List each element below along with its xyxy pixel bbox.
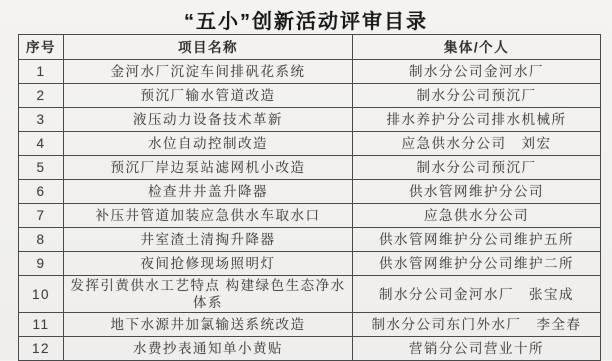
cell-project: 金河水厂沉淀车间排矾花系统 <box>64 60 353 84</box>
cell-owner: 排水养护分公司排水机械所 <box>353 108 601 132</box>
cell-no: 3 <box>19 108 64 132</box>
review-directory-table: 序号 项目名称 集体/个人 1 金河水厂沉淀车间排矾花系统 制水分公司金河水厂 … <box>18 34 601 360</box>
cell-owner: 应急供水分公司 <box>353 204 601 228</box>
cell-no: 4 <box>19 132 64 156</box>
cell-owner: 制水分公司金河水厂 <box>353 60 601 84</box>
table-row: 8 井室渣土清掏升降器 供水管网维护分公司维护五所 <box>19 228 601 252</box>
cell-no: 5 <box>19 156 64 180</box>
cell-owner: 供水管网维护分公司维护二所 <box>353 252 601 276</box>
table-header-row: 序号 项目名称 集体/个人 <box>19 35 601 60</box>
cell-project: 补压井管道加装应急供水车取水口 <box>64 204 353 228</box>
cell-no: 10 <box>19 276 64 313</box>
table-row: 9 夜间抢修现场照明灯 供水管网维护分公司维护二所 <box>19 252 601 276</box>
cell-project: 夜间抢修现场照明灯 <box>64 252 353 276</box>
cell-no: 11 <box>19 313 64 337</box>
cell-project: 水位自动控制改造 <box>64 132 353 156</box>
cell-no: 8 <box>19 228 64 252</box>
cell-owner: 供水管网维护分公司维护五所 <box>353 228 601 252</box>
header-cell-owner: 集体/个人 <box>353 35 601 60</box>
cell-project: 水费抄表通知单小黄贴 <box>64 337 353 361</box>
cell-project: 井室渣土清掏升降器 <box>64 228 353 252</box>
table-row: 6 检查井井盖升降器 供水管网维护分公司 <box>19 180 601 204</box>
cell-owner: 供水管网维护分公司 <box>353 180 601 204</box>
table-row: 12 水费抄表通知单小黄贴 营销分公司营业十所 <box>19 337 601 361</box>
cell-owner: 制水分公司金河水厂 张宝成 <box>353 276 601 313</box>
table-row: 11 地下水源井加氯输送系统改造 制水分公司东门外水厂 李全春 <box>19 313 601 337</box>
table-row: 1 金河水厂沉淀车间排矾花系统 制水分公司金河水厂 <box>19 60 601 84</box>
header-cell-project: 项目名称 <box>64 35 353 60</box>
cell-no: 9 <box>19 252 64 276</box>
cell-project: 预沉厂输水管道改造 <box>64 84 353 108</box>
cell-owner: 制水分公司预沉厂 <box>353 156 601 180</box>
cell-owner: 制水分公司东门外水厂 李全春 <box>353 313 601 337</box>
cell-project: 检查井井盖升降器 <box>64 180 353 204</box>
cell-owner: 应急供水分公司 刘宏 <box>353 132 601 156</box>
cell-owner: 制水分公司预沉厂 <box>353 84 601 108</box>
table-row: 3 液压动力设备技术革新 排水养护分公司排水机械所 <box>19 108 601 132</box>
cell-no: 2 <box>19 84 64 108</box>
cell-project: 液压动力设备技术革新 <box>64 108 353 132</box>
cell-project: 发挥引黄供水工艺特点 构建绿色生态净水体系 <box>64 276 353 313</box>
cell-project: 预沉厂岸边泵站滤网机小改造 <box>64 156 353 180</box>
cell-owner: 营销分公司营业十所 <box>353 337 601 361</box>
cell-no: 6 <box>19 180 64 204</box>
table-row: 10 发挥引黄供水工艺特点 构建绿色生态净水体系 制水分公司金河水厂 张宝成 <box>19 276 601 313</box>
page-title: “五小”创新活动评审目录 <box>0 0 612 33</box>
cell-no: 12 <box>19 337 64 361</box>
cell-project: 地下水源井加氯输送系统改造 <box>64 313 353 337</box>
table-row: 5 预沉厂岸边泵站滤网机小改造 制水分公司预沉厂 <box>19 156 601 180</box>
cell-no: 7 <box>19 204 64 228</box>
cell-no: 1 <box>19 60 64 84</box>
table-row: 2 预沉厂输水管道改造 制水分公司预沉厂 <box>19 84 601 108</box>
header-cell-no: 序号 <box>19 35 64 60</box>
table-row: 7 补压井管道加装应急供水车取水口 应急供水分公司 <box>19 204 601 228</box>
table-row: 4 水位自动控制改造 应急供水分公司 刘宏 <box>19 132 601 156</box>
